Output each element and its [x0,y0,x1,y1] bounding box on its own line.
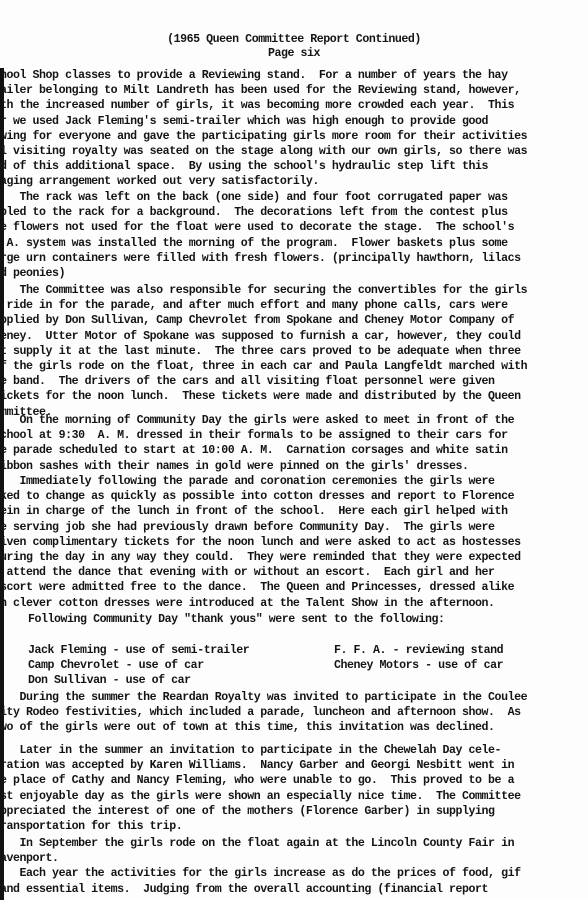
text-line: The rack was left on the back (one side)… [0,190,521,205]
thank-you-item: Jack Fleming - use of semi-trailer [28,643,249,658]
report-title: (1965 Queen Committee Report Continued) [0,32,588,47]
text-line: ked to change as quickly as possible int… [0,489,521,504]
text-line: st enjoyable day as the girls were shown… [0,789,521,804]
text-line: On the morning of Community Day the girl… [0,413,514,428]
text-line: ppreciated the interest of one of the mo… [0,804,521,819]
paragraph-chewelah-day: Later in the summer an invitation to par… [0,743,521,834]
text-line: uring the day in any way they could. The… [0,550,521,565]
page-number-label: Page six [0,46,588,61]
text-line: A. system was installed the morning of t… [0,236,521,251]
text-line: ration was accepted by Karen Williams. N… [0,758,521,773]
paragraph-thank-yous-intro: Following Community Day "thank yous" wer… [28,612,444,627]
text-line: ity Rodeo festivities, which included a … [0,705,527,720]
text-line: Each year the activities for the girls i… [0,866,521,881]
thank-you-item: Cheney Motors - use of car [334,658,503,673]
thank-you-list-right: F. F. A. - reviewing standCheney Motors … [334,643,503,673]
paragraph-reviewing-stand: hool Shop classes to provide a Reviewing… [0,68,527,190]
text-line: d peonies) [0,266,521,281]
text-line: n clever cotton dresses were introduced … [0,596,521,611]
text-line: l visiting royalty was seated on the sta… [0,144,527,159]
text-line: aging arrangement worked out very satisf… [0,174,527,189]
paragraph-stage-decorations: The rack was left on the back (one side)… [0,190,521,281]
text-line: Following Community Day "thank yous" wer… [28,612,444,627]
text-line: iven complimentary tickets for the noon … [0,535,521,550]
text-line: In September the girls rode on the float… [0,836,521,851]
text-line: e serving job she had previously drawn b… [0,520,521,535]
text-line: ransportation for this trip. [0,819,521,834]
text-line: ibbon sashes with their names in gold we… [0,459,514,474]
text-line: th the increased number of girls, it was… [0,98,527,113]
paragraph-convertibles: The Committee was also responsible for s… [0,283,527,420]
text-line: During the summer the Reardan Royalty wa… [0,690,527,705]
paragraph-county-fair-and-costs: In September the girls rode on the float… [0,836,521,897]
paragraph-coulee-city-rodeo: During the summer the Reardan Royalty wa… [0,690,527,736]
text-line: ailer belonging to Milt Landreth has bee… [0,83,527,98]
text-line: ride in for the parade, and after much e… [0,298,527,313]
paragraph-community-day-morning: On the morning of Community Day the girl… [0,413,514,474]
text-line: Immediately following the parade and cor… [0,474,521,489]
text-line: pplied by Don Sullivan, Camp Chevrolet f… [0,313,527,328]
text-line: The Committee was also responsible for s… [0,283,527,298]
text-line: ein in charge of the lunch in front of t… [0,504,521,519]
text-line: wing for everyone and gave the participa… [0,129,527,144]
text-line: e place of Cathy and Nancy Fleming, who … [0,773,521,788]
thank-you-item: Don Sullivan - use of car [28,673,249,688]
text-line: attend the dance that evening with or wi… [0,565,521,580]
thank-you-item: F. F. A. - reviewing stand [334,643,503,658]
text-line: t supply it at the last minute. The thre… [0,344,527,359]
typewritten-document: (1965 Queen Committee Report Continued) … [0,0,588,274]
text-line: r we used Jack Fleming's semi-trailer wh… [0,114,527,129]
text-line: avenport. [0,851,521,866]
thank-you-item: Camp Chevrolet - use of car [28,658,249,673]
paragraph-after-parade: Immediately following the parade and cor… [0,474,521,611]
text-line: d of this additional space. By using the… [0,159,527,174]
text-line: pled to the rack for a background. The d… [0,205,521,220]
text-line: f the girls rode on the float, three in … [0,359,527,374]
text-line: e parade scheduled to start at 10:00 A. … [0,443,514,458]
text-line: wo of the girls were out of town at this… [0,720,527,735]
text-line: e band. The drivers of the cars and all … [0,374,527,389]
text-line: chool at 9:30 A. M. dressed in their for… [0,428,514,443]
text-line: and essential items. Judging from the ov… [0,882,521,897]
text-line: hool Shop classes to provide a Reviewing… [0,68,527,83]
text-line: scort were admitted free to the dance. T… [0,580,521,595]
text-line: Later in the summer an invitation to par… [0,743,521,758]
text-line: rge urn containers were filled with fres… [0,251,521,266]
text-line: eney. Utter Motor of Spokane was suppose… [0,329,527,344]
text-line: e flowers not used for the float were us… [0,220,521,235]
text-line: ickets for the noon lunch. These tickets… [0,389,527,404]
thank-you-list-left: Jack Fleming - use of semi-trailerCamp C… [28,643,249,689]
document-page: (1965 Queen Committee Report Continued) … [0,0,588,900]
